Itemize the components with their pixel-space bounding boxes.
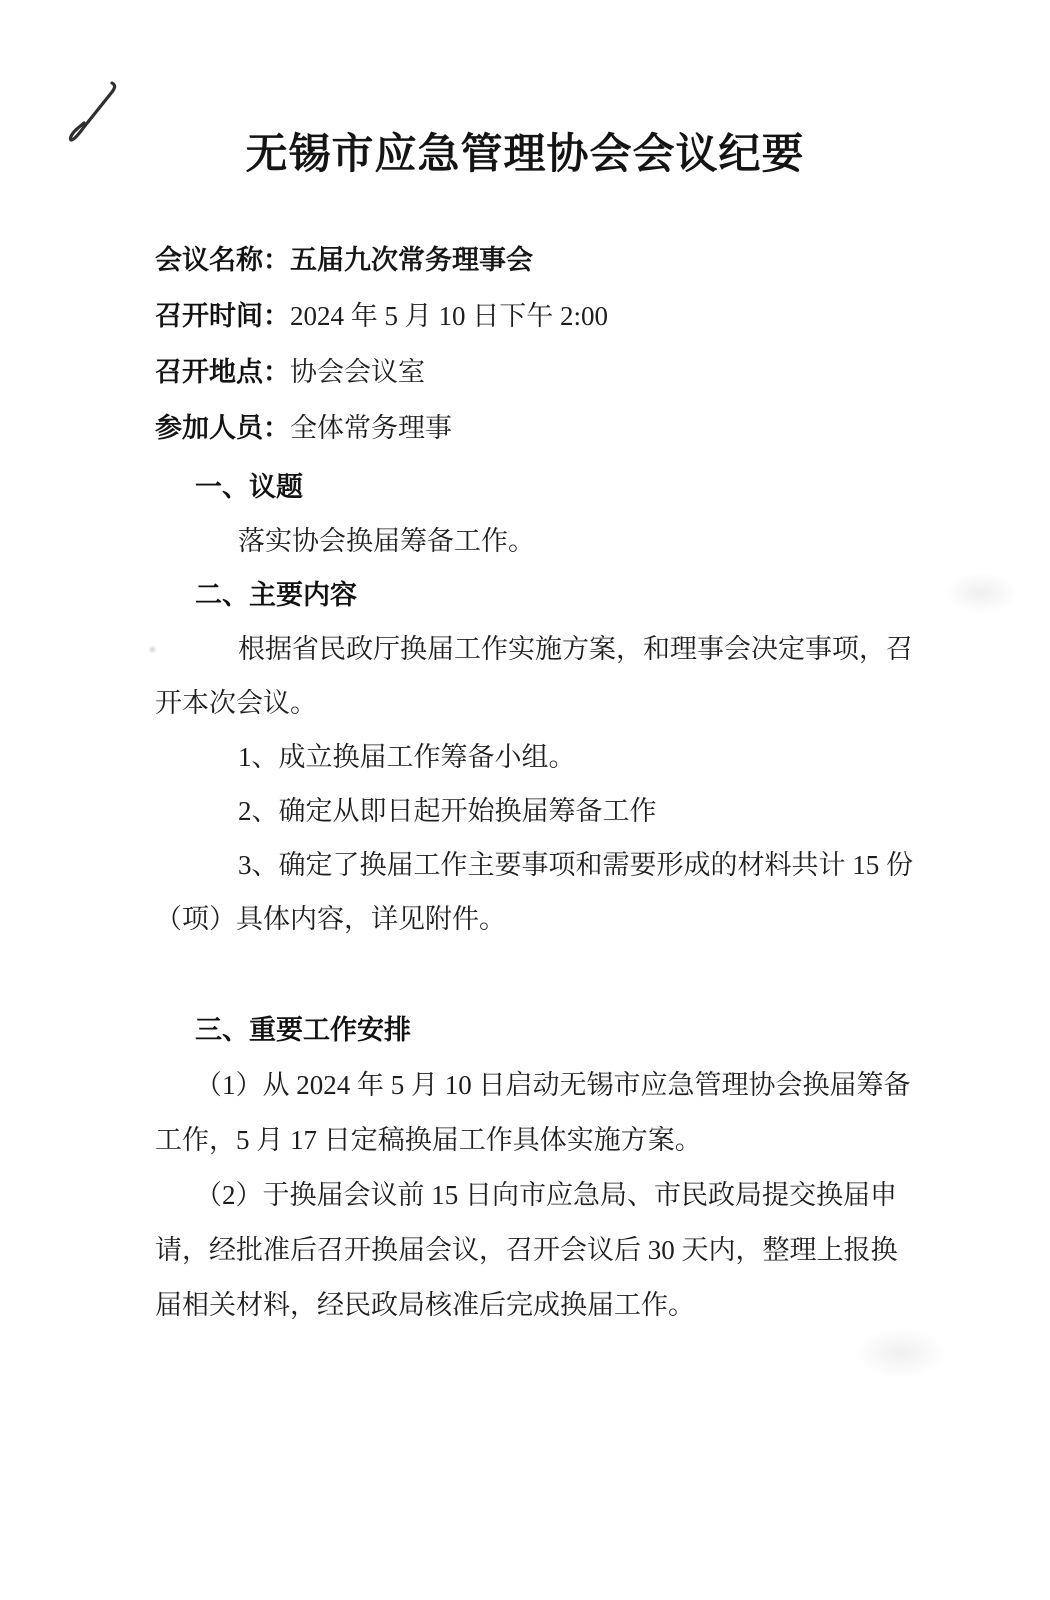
meta-row-meeting-name: 会议名称：五届九次常务理事会: [155, 232, 935, 288]
meta-block: 会议名称：五届九次常务理事会 召开时间：2024 年 5 月 10 日下午 2:…: [155, 232, 935, 456]
scan-smudge: [855, 1328, 947, 1378]
scan-smudge: [945, 572, 1017, 614]
meta-value: 2024 年 5 月 10 日下午 2:00: [290, 301, 608, 331]
numbered-item-1: 1、成立换届工作筹备小组。: [155, 730, 935, 784]
paragraph-line: 根据省民政厅换届工作实施方案，和理事会决定事项，召: [155, 622, 935, 676]
meta-label: 参加人员：: [155, 413, 290, 443]
section-heading-2: 二、主要内容: [155, 568, 935, 622]
paragraph-line: （1）从 2024 年 5 月 10 日启动无锡市应急管理协会换届筹备: [155, 1058, 935, 1113]
paragraph-line: 开本次会议。: [155, 676, 935, 730]
section-heading-3: 三、重要工作安排: [155, 1003, 935, 1058]
meta-value: 协会会议室: [290, 357, 425, 387]
paragraph-line: （项）具体内容，详见附件。: [155, 892, 935, 946]
meta-label: 会议名称：: [155, 245, 290, 275]
paragraph-line: 请，经批准后召开换届会议，召开会议后 30 天内，整理上报换: [155, 1223, 935, 1278]
document-body: 一、议题 落实协会换届筹备工作。 二、主要内容 根据省民政厅换届工作实施方案，和…: [155, 460, 935, 1333]
scanned-document-page: 无锡市应急管理协会会议纪要 会议名称：五届九次常务理事会 召开时间：2024 年…: [0, 0, 1050, 1600]
meta-label: 召开时间：: [155, 301, 290, 331]
meta-row-meeting-place: 召开地点：协会会议室: [155, 344, 935, 400]
meta-row-attendees: 参加人员：全体常务理事: [155, 400, 935, 456]
section-heading-1: 一、议题: [155, 460, 935, 514]
meta-value: 五届九次常务理事会: [290, 245, 533, 275]
numbered-item-3: 3、确定了换届工作主要事项和需要形成的材料共计 15 份: [155, 838, 935, 892]
meta-label: 召开地点：: [155, 357, 290, 387]
meta-value: 全体常务理事: [290, 413, 452, 443]
paragraph-line: 工作，5 月 17 日定稿换届工作具体实施方案。: [155, 1113, 935, 1168]
paragraph-line: 落实协会换届筹备工作。: [155, 514, 935, 568]
numbered-item-2: 2、确定从即日起开始换届筹备工作: [155, 784, 935, 838]
paragraph-line: 届相关材料，经民政局核准后完成换届工作。: [155, 1278, 935, 1333]
paragraph-line: （2）于换届会议前 15 日向市应急局、市民政局提交换届申: [155, 1168, 935, 1223]
meta-row-meeting-time: 召开时间：2024 年 5 月 10 日下午 2:00: [155, 288, 935, 344]
document-title: 无锡市应急管理协会会议纪要: [0, 130, 1050, 180]
